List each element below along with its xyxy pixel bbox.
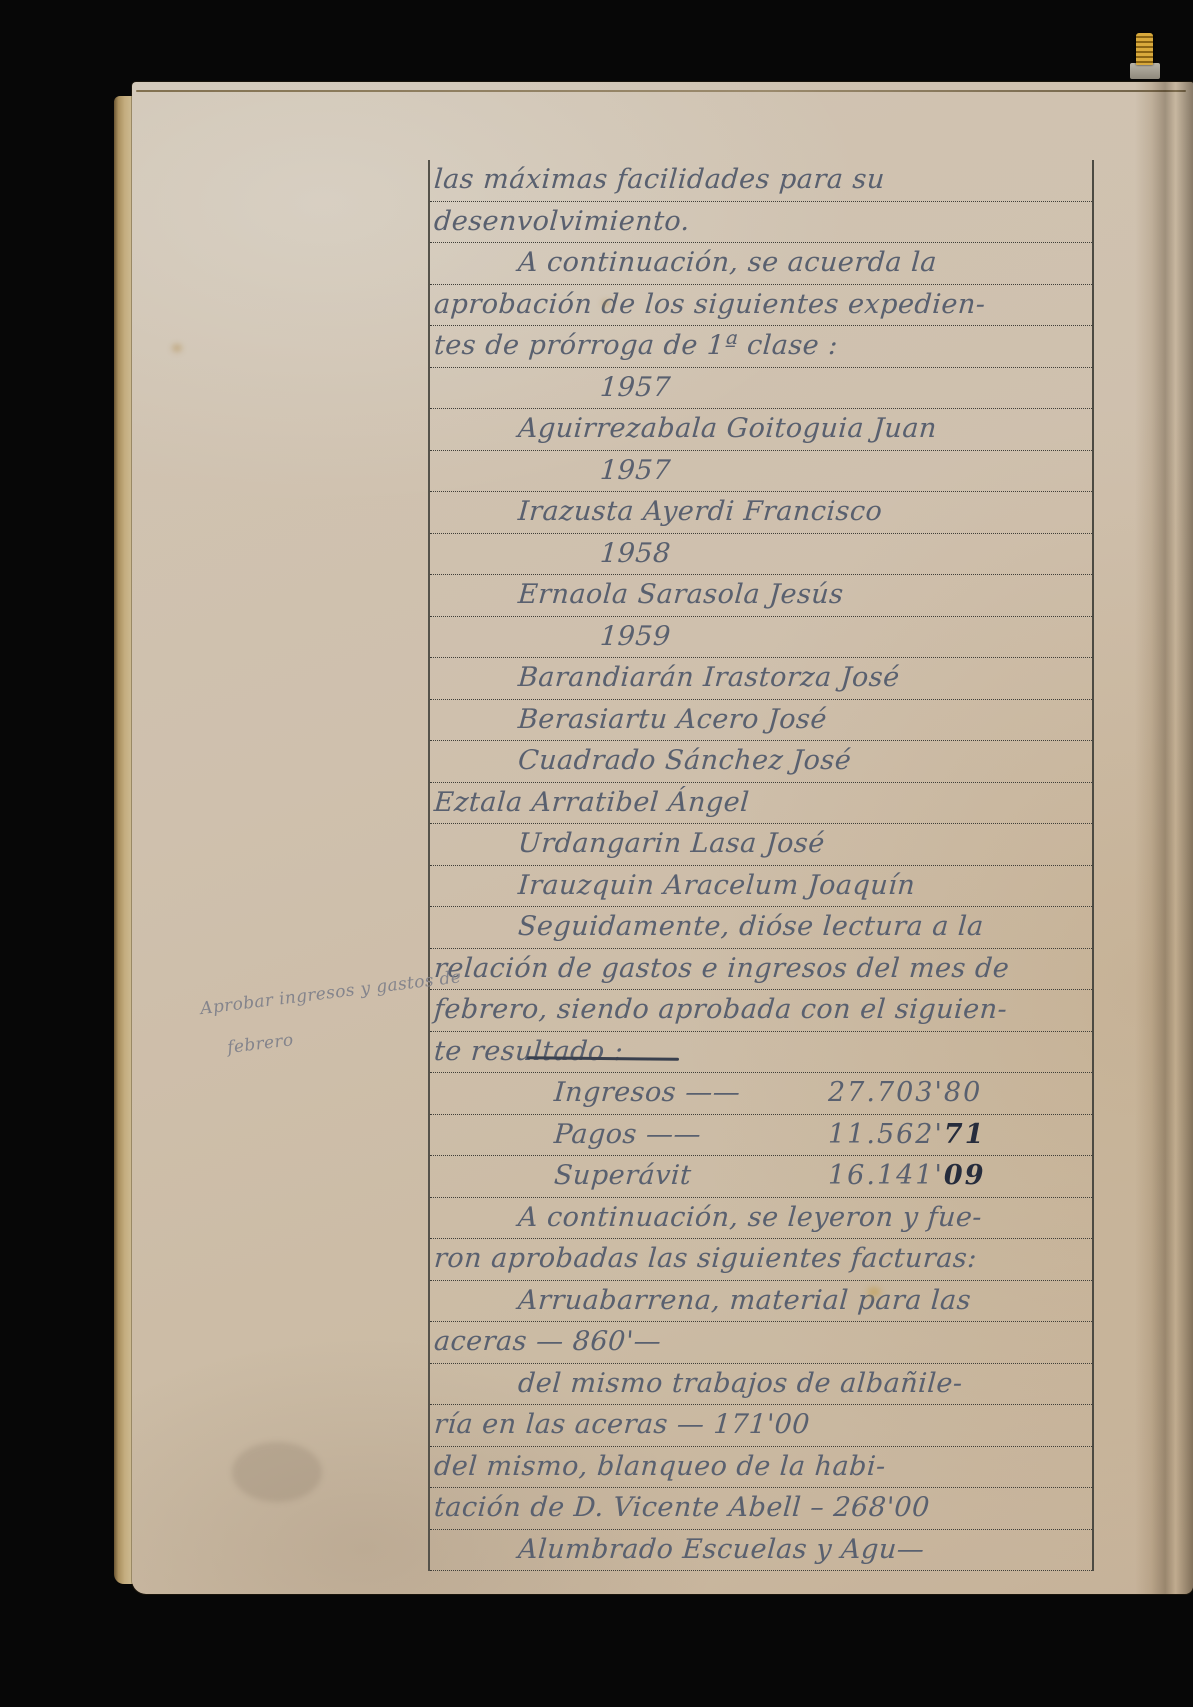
manuscript-line: Aguirrezabala Goitoguia Juan [430,409,1092,451]
manuscript-line-text: tes de prórroga de 1ª clase : [429,326,840,366]
manuscript-line-text: Berasiartu Acero José [429,700,829,740]
manuscript-line: Irauzquin Aracelum Joaquín [430,866,1092,908]
manuscript-line-text: del mismo, blanqueo de la habi- [429,1447,887,1487]
manuscript-line: te resultado : [430,1032,1092,1074]
manuscript-line-text: ría en las aceras — 171'00 [429,1405,812,1445]
manuscript-line: Superávit16.141'09 [430,1156,1092,1198]
manuscript-line-text: aprobación de los siguientes expedien- [429,285,987,325]
manuscript-line-text: Alumbrado Escuelas y Agu— [429,1530,926,1570]
manuscript-line-text: desenvolvimiento. [429,202,692,242]
manuscript-line: Cuadrado Sánchez José [430,741,1092,783]
manuscript-line: 1957 [430,368,1092,410]
manuscript-line-text: Aguirrezabala Goitoguia Juan [429,409,939,449]
binding-screw-base [1130,63,1160,79]
book-spine-fold [1135,82,1193,1594]
manuscript-line: aprobación de los siguientes expedien- [430,285,1092,327]
manuscript-line-text: relación de gastos e ingresos del mes de [429,949,1011,989]
manuscript-line-text: Seguidamente, dióse lectura a la [429,907,986,947]
manuscript-line-text: ron aprobadas las siguientes facturas: [429,1239,979,1279]
manuscript-line: Irazusta Ayerdi Francisco [430,492,1092,534]
manuscript-line-text: 1959 [429,617,673,657]
manuscript-line: Berasiartu Acero José [430,700,1092,742]
manuscript-line: Barandiarán Irastorza José [430,658,1092,700]
manuscript-line: relación de gastos e ingresos del mes de [430,949,1092,991]
manuscript-line: 1959 [430,617,1092,659]
manuscript-line-text: aceras — 860'— [429,1322,663,1362]
ruled-area: las máximas facilidades para sudesenvolv… [428,160,1094,1571]
paper-smudge [232,1442,322,1502]
manuscript-line: 1957 [430,451,1092,493]
manuscript-line: Pagos ——11.562'71 [430,1115,1092,1157]
manuscript-line-text: Eztala Arratibel Ángel [429,783,751,823]
paper-stain [602,300,610,307]
manuscript-line: del mismo trabajos de albañile- [430,1364,1092,1406]
manuscript-line-text: Ernaola Sarasola Jesús [429,575,845,615]
manuscript-line: ron aprobadas las siguientes facturas: [430,1239,1092,1281]
manuscript-line-text: Arruabarrena, material para las [429,1281,973,1321]
manuscript-line: 1958 [430,534,1092,576]
manuscript-line: Ernaola Sarasola Jesús [430,575,1092,617]
manuscript-line: tación de D. Vicente Abell – 268'00 [430,1488,1092,1530]
manuscript-line: Urdangarin Lasa José [430,824,1092,866]
paper-stain [867,1287,881,1297]
manuscript-line: desenvolvimiento. [430,202,1092,244]
manuscript-line-text: te resultado : [429,1032,625,1072]
ledger-amount: 27.703'80 [828,1073,982,1113]
binding-screw-icon [1136,33,1153,65]
manuscript-line-text: Barandiarán Irastorza José [429,658,901,698]
ledger-amount: 11.562'71 [828,1115,985,1155]
manuscript-line: Ingresos ——27.703'80 [430,1073,1092,1115]
manuscript-line-text: A continuación, se acuerda la [429,243,939,283]
manuscript-line-text: Urdangarin Lasa José [429,824,827,864]
manuscript-line-text: 1958 [429,534,673,574]
manuscript-line: Seguidamente, dióse lectura a la [430,907,1092,949]
paper-stain [172,344,182,352]
manuscript-line-text: las máximas facilidades para su [429,160,887,200]
manuscript-line-text: Superávit [429,1156,693,1196]
manuscript-page: las máximas facilidades para sudesenvolv… [132,82,1193,1594]
manuscript-line-text: 1957 [429,451,673,491]
manuscript-line: las máximas facilidades para su [430,160,1092,202]
manuscript-line: Alumbrado Escuelas y Agu— [430,1530,1092,1572]
manuscript-line-text: Irauzquin Aracelum Joaquín [429,866,917,906]
manuscript-line: Eztala Arratibel Ángel [430,783,1092,825]
manuscript-line: A continuación, se leyeron y fue- [430,1198,1092,1240]
page-top-edge [136,90,1186,92]
manuscript-line-text: Cuadrado Sánchez José [429,741,853,781]
manuscript-line-text: del mismo trabajos de albañile- [429,1364,964,1404]
manuscript-line: del mismo, blanqueo de la habi- [430,1447,1092,1489]
photo-background: { "colors":{ "background":"#070707", "pa… [0,0,1193,1707]
ledger-amount: 16.141'09 [828,1156,985,1196]
manuscript-line: Arruabarrena, material para las [430,1281,1092,1323]
manuscript-line-text: tación de D. Vicente Abell – 268'00 [429,1488,932,1528]
manuscript-line: A continuación, se acuerda la [430,243,1092,285]
manuscript-line: febrero, siendo aprobada con el siguien- [430,990,1092,1032]
manuscript-line-text: 1957 [429,368,673,408]
manuscript-line-text: A continuación, se leyeron y fue- [429,1198,984,1238]
manuscript-line-text: febrero, siendo aprobada con el siguien- [429,990,1009,1030]
manuscript-line: ría en las aceras — 171'00 [430,1405,1092,1447]
manuscript-line-text: Ingresos —— [429,1073,742,1113]
manuscript-line-text: Irazusta Ayerdi Francisco [429,492,884,532]
manuscript-line-text: Pagos —— [429,1115,703,1155]
manuscript-line: aceras — 860'— [430,1322,1092,1364]
manuscript-line: tes de prórroga de 1ª clase : [430,326,1092,368]
